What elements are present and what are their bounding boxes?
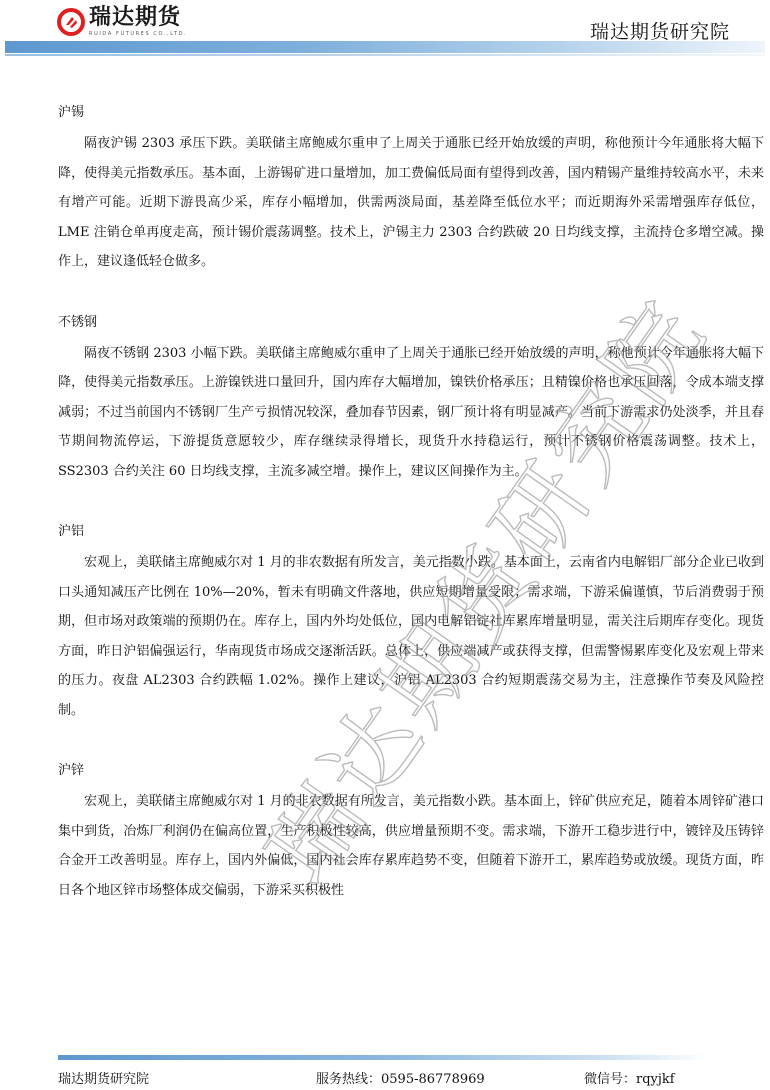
section-zinc: 沪锌 宏观上，美联储主席鲍威尔对 1 月的非农数据有所发言，美元指数小跌。基本面… [58,755,764,905]
company-logo: 瑞达期货 RUIDA FUTURES CO.,LTD. [57,4,187,40]
ruida-logo-icon [57,8,85,36]
footer-org: 瑞达期货研究院 [58,1068,149,1087]
page-header: 瑞达期货 RUIDA FUTURES CO.,LTD. 瑞达期货研究院 [0,0,770,60]
hotline-number: 0595-86778969 [381,1072,485,1087]
header-divider-bar [5,41,765,53]
section-body: 宏观上，美联储主席鲍威尔对 1 月的非农数据有所发言，美元指数小跌。基本面上，云… [58,548,764,725]
section-body: 隔夜沪锡 2303 承压下跌。美联储主席鲍威尔重申了上周关于通胀已经开始放缓的声… [58,129,764,277]
section-body: 隔夜不锈钢 2303 小幅下跌。美联储主席鲍威尔重申了上周关于通胀已经开始放缓的… [58,339,764,487]
section-stainless-steel: 不锈钢 隔夜不锈钢 2303 小幅下跌。美联储主席鲍威尔重申了上周关于通胀已经开… [58,307,764,487]
section-title: 沪锌 [58,755,764,787]
section-title: 沪锡 [58,97,764,129]
section-title: 沪铝 [58,516,764,548]
footer-wechat: 微信号：rqyjkf [584,1068,675,1087]
footer-divider-bar [58,1055,708,1060]
header-title: 瑞达期货研究院 [590,17,730,44]
logo-chinese-name: 瑞达期货 [89,6,187,30]
header-divider-line [5,54,765,56]
wechat-label: 微信号： [584,1072,636,1087]
section-tin: 沪锡 隔夜沪锡 2303 承压下跌。美联储主席鲍威尔重申了上周关于通胀已经开始放… [58,97,764,277]
hotline-label: 服务热线： [316,1072,381,1087]
section-aluminum: 沪铝 宏观上，美联储主席鲍威尔对 1 月的非农数据有所发言，美元指数小跌。基本面… [58,516,764,725]
report-content: 沪锡 隔夜沪锡 2303 承压下跌。美联储主席鲍威尔重申了上周关于通胀已经开始放… [58,97,764,905]
section-body: 宏观上，美联储主席鲍威尔对 1 月的非农数据有所发言，美元指数小跌。基本面上，锌… [58,787,764,905]
logo-english-name: RUIDA FUTURES CO.,LTD. [89,31,187,38]
footer-hotline: 服务热线：0595-86778969 [316,1068,485,1087]
section-title: 不锈钢 [58,307,764,339]
wechat-id: rqyjkf [636,1072,675,1087]
